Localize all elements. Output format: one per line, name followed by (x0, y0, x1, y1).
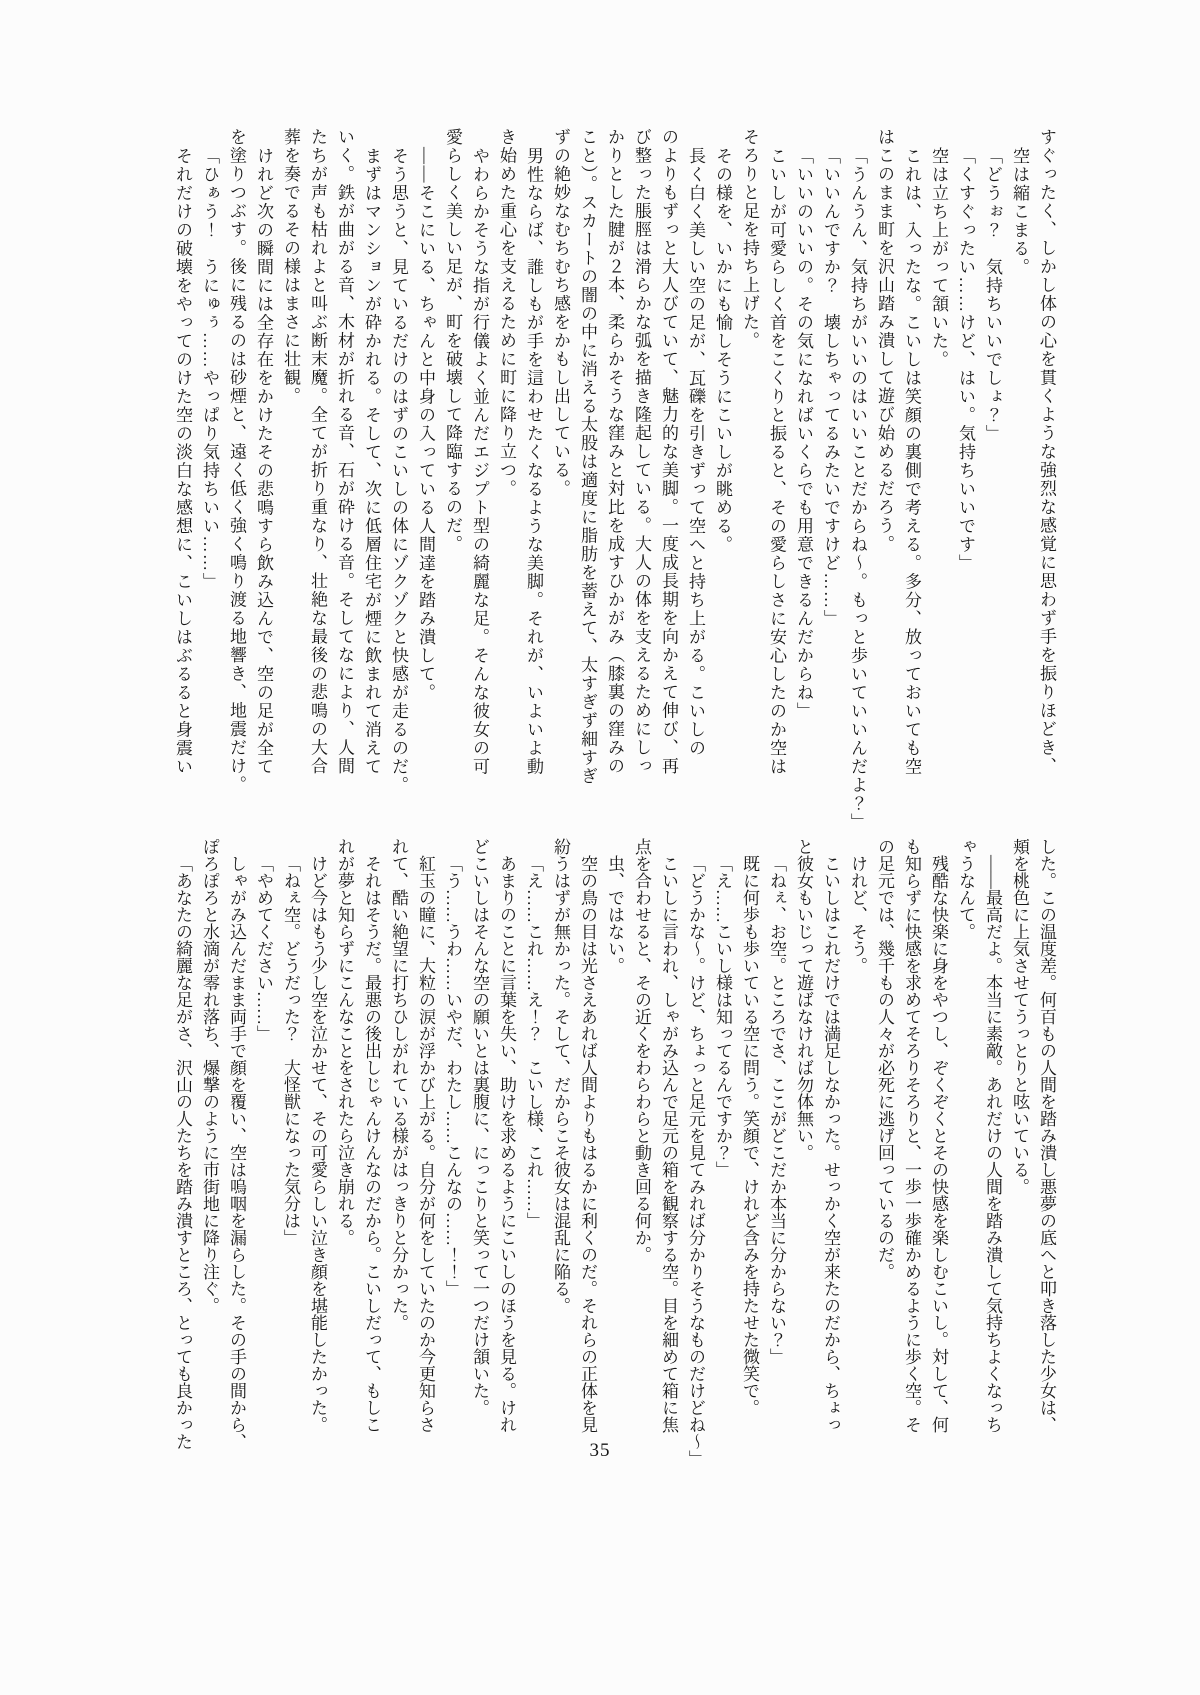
text-column: 「いいんですか？ 壊しちゃってるみたいですけど……」 (817, 128, 844, 840)
text-column: それはそうだ。最悪の後出しじゃんけんなのだから。こいしだって、もしこ (358, 838, 385, 1503)
text-column: けれど次の瞬間には全存在をかけたその悲鳴すら飲み込んで、空の足が全て (250, 128, 277, 840)
text-column: 「ねぇ空。どうだった？ 大怪獣になった気分は」 (277, 838, 304, 1503)
text-column: 「え……こいし様は知ってるんですか？」 (709, 838, 736, 1503)
text-column: こと）。スカートの闇の中に消える太股は適度に脂肪を蓄えて、太すぎず細すぎ (574, 128, 601, 840)
text-column: を塗りつぶす。後に残るのは砂煙と、遠く低く強く鳴り渡る地響き、地震だけ。 (223, 128, 250, 840)
novel-page: すぐったく、しかし体の心を貫くような強烈な感覚に思わず手を振りほどき、空は縮こま… (0, 0, 1200, 1695)
text-column: けれど、そう。 (844, 838, 871, 1503)
text-column: こいしが可愛らしく首をこくりと振ると、その愛らしさに安心したのか空は (763, 128, 790, 840)
text-column: 「やめてください……」 (250, 838, 277, 1503)
text-column: 紅玉の瞳に、大粒の涙が浮かび上がる。自分が何をしていたのか今更知らさ (412, 838, 439, 1503)
text-column: かりとした腱が２本、柔らかそうな窪みと対比を成すひかがみ（膝裏の窪みの (601, 128, 628, 840)
text-column: まずはマンションが砕かれる。そして、次に低層住宅が煙に飲まれて消えて (358, 128, 385, 840)
text-column: 点を合わせると、その近くをわらわらと動き回る何か。 (628, 838, 655, 1503)
text-column: 残酷な快楽に身をやつし、ぞくぞくとその快感を楽しむこいし。対して、何 (925, 838, 952, 1503)
text-column: 「うんうん、気持ちがいいのはいいことだからね～。もっと歩いていいんだよ？」 (844, 128, 871, 840)
text-column: 葬を奏でるその様はまさに壮観。 (277, 128, 304, 840)
text-column: 既に何歩も歩いている空に問う。笑顔で、けれど含みを持たせた微笑で。 (736, 838, 763, 1503)
text-column: と彼女もいじって遊ばなければ勿体無い。 (790, 838, 817, 1503)
text-column: こいしはこれだけでは満足しなかった。せっかく空が来たのだから、ちょっ (817, 838, 844, 1503)
page-number: 35 (0, 1440, 1200, 1462)
text-column: 「ひぁう！ うにゅぅ……やっぱり気持ちいい……」 (196, 128, 223, 840)
text-column: そろりと足を持ち上げた。 (736, 128, 763, 840)
text-column: 「どうぉ？ 気持ちいいでしょ？」 (979, 128, 1006, 840)
text-column: ——そこにいる、ちゃんと中身の入っている人間達を踏み潰して。 (412, 128, 439, 840)
text-column: き始めた重心を支えるために町に降り立つ。 (493, 128, 520, 840)
text-column: 長く白く美しい空の足が、瓦礫を引きずって空へと持ち上がる。こいしの (682, 128, 709, 840)
text-column: あまりのことに言葉を失い、助けを求めるようにこいしのほうを見る。けれ (493, 838, 520, 1503)
text-column: 空の鳥の目は光さえあれば人間よりもはるかに利くのだ。それらの正体を見 (574, 838, 601, 1503)
text-column: 「くすぐったい……けど、はい。気持ちいいです」 (952, 128, 979, 840)
text-column: 「え……これ……え！？ こいし様、これ……」 (520, 838, 547, 1503)
text-column: これは、入ったな。こいしは笑顔の裏側で考える。多分、放っておいても空 (898, 128, 925, 840)
text-column: ゃうなんて。 (952, 838, 979, 1503)
text-column: 「いいのいいの。その気になればいくらでも用意できるんだからね」 (790, 128, 817, 840)
text-column: はこのまま町を沢山踏み潰して遊び始めるだろう。 (871, 128, 898, 840)
text-column: しゃがみ込んだまま両手で顔を覆い、空は嗚咽を漏らした。その手の間から、 (223, 838, 250, 1503)
text-column: 空は縮こまる。 (1006, 128, 1033, 840)
text-column: のよりもずっと大人びていて、魅力的な美脚。一度成長期を向かえて伸び、再 (655, 128, 682, 840)
text-column: けど今はもう少し空を泣かせて、その可愛らしい泣き顔を堪能したかった。 (304, 838, 331, 1503)
top-text-block: すぐったく、しかし体の心を貫くような強烈な感覚に思わず手を振りほどき、空は縮こま… (169, 128, 1060, 840)
text-column: ぽろぽろと水滴が零れ落ち、爆撃のように市街地に降り注ぐ。 (196, 838, 223, 1503)
text-column: の足元では、幾千もの人々が必死に逃げ回っているのだ。 (871, 838, 898, 1503)
text-column: その様を、いかにも愉しそうにこいしが眺める。 (709, 128, 736, 840)
text-column: やわらかそうな指が行儀よく並んだエジプト型の綺麗な足。そんな彼女の可 (466, 128, 493, 840)
text-column: こいしに言われ、しゃがみ込んで足元の箱を観察する空。目を細めて箱に焦 (655, 838, 682, 1503)
text-column: 頬を桃色に上気させてうっとりと呟いている。 (1006, 838, 1033, 1503)
text-column: どこいしはそんな空の願いとは裏腹に、にっこりと笑って一つだけ頷いた。 (466, 838, 493, 1503)
text-column: 「どうかな～。けど、ちょっと足元を見てみれば分かりそうなものだけどね～」 (682, 838, 709, 1503)
bottom-text-block: した。この温度差。何百もの人間を踏み潰し悪夢の底へと叩き落した少女は、頬を桃色に… (169, 838, 1060, 1503)
text-column: すぐったく、しかし体の心を貫くような強烈な感覚に思わず手を振りほどき、 (1033, 128, 1060, 840)
text-column: 紛うはずが無かった。そして、だからこそ彼女は混乱に陥る。 (547, 838, 574, 1503)
text-column: 愛らしく美しい足が、町を破壊して降臨するのだ。 (439, 128, 466, 840)
text-column: も知らずに快感を求めてそろりそろりと、一歩一歩確かめるように歩く空。そ (898, 838, 925, 1503)
text-column: 空は立ち上がって頷いた。 (925, 128, 952, 840)
text-column: ——最高だよ。本当に素敵。あれだけの人間を踏み潰して気持ちよくなっち (979, 838, 1006, 1503)
text-column: たちが声も枯れよと叫ぶ断末魔。全てが折り重なり、壮絶な最後の悲鳴の大合 (304, 128, 331, 840)
text-column: ずの絶妙なむちむち感をかもし出している。 (547, 128, 574, 840)
text-column: び整った脹脛は滑らかな弧を描き隆起している。大人の体を支えるためにしっ (628, 128, 655, 840)
text-column: 「う……うわ……いやだ、わたし……こんなの……！！」 (439, 838, 466, 1503)
text-column: れて、酷い絶望に打ちひしがれている様がはっきりと分かった。 (385, 838, 412, 1503)
text-column: 「ねぇ、お空。ところでさ、ここがどこだか本当に分からない？」 (763, 838, 790, 1503)
text-column: 虫、ではない。 (601, 838, 628, 1503)
text-column: いく。鉄が曲がる音、木材が折れる音、石が砕ける音。そしてなにより、人間 (331, 128, 358, 840)
text-column: 男性ならば、誰しもが手を這わせたくなるような美脚。それが、いよいよ動 (520, 128, 547, 840)
text-column: した。この温度差。何百もの人間を踏み潰し悪夢の底へと叩き落した少女は、 (1033, 838, 1060, 1503)
text-column: そう思うと、見ているだけのはずのこいしの体にゾクゾクと快感が走るのだ。 (385, 128, 412, 840)
text-column: れが夢と知らずにこんなことをされたら泣き崩れる。 (331, 838, 358, 1503)
text-column: それだけの破壊をやってのけた空の淡白な感想に、こいしはぶるると身震い (169, 128, 196, 840)
text-column: 「あなたの綺麗な足がさ、沢山の人たちを踏み潰すところ、とっても良かった (169, 838, 196, 1503)
